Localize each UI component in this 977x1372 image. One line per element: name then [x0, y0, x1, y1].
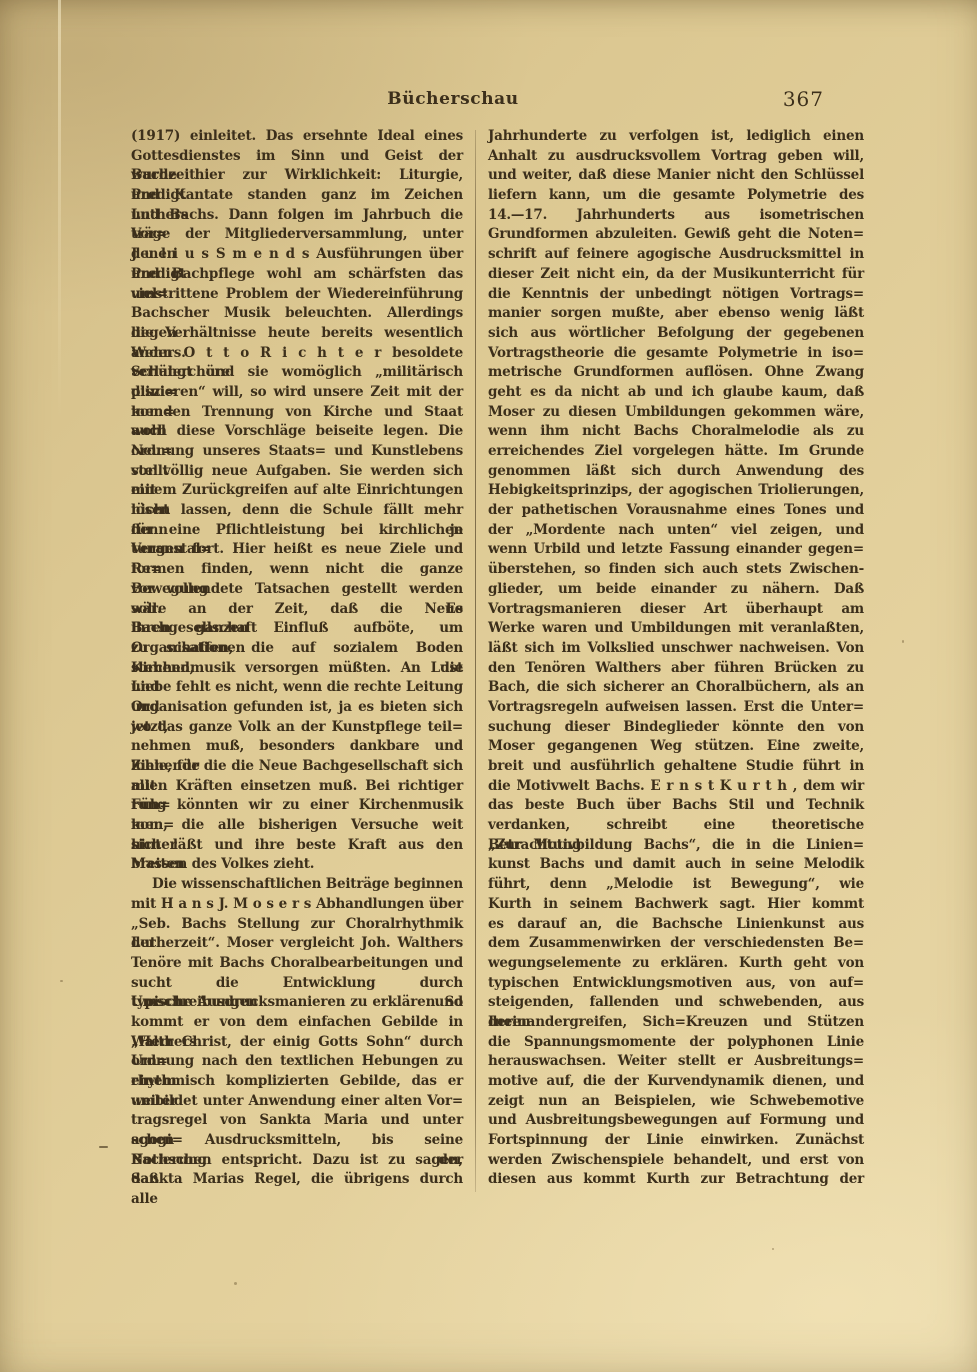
- text-line: verdanken, schreibt eine theoretische Be…: [488, 816, 864, 836]
- text-line: die Verhältnisse heute bereits wesentlic…: [131, 324, 463, 344]
- paper-speck: [234, 1282, 237, 1285]
- text-line: der pathetischen Vorausnahme eines Tones…: [488, 501, 864, 521]
- text-line: den Tenören Walthers aber führen Brücken…: [488, 659, 864, 679]
- text-line: J u l i u s S m e n d s Ausführungen übe…: [131, 245, 463, 265]
- text-line: Organisation gefunden ist, ja es bieten …: [131, 698, 463, 718]
- text-line: zeigt nun an Beispielen, wie Schwebemoti…: [488, 1092, 864, 1112]
- text-line: erreichendes Ziel vorgelegen hätte. Im G…: [488, 442, 864, 462]
- text-line: Wenn O t t o R i c h t e r besoldete Sch…: [131, 344, 463, 364]
- text-line: Moser gegangenen Weg stützen. Eine zweit…: [488, 737, 864, 757]
- text-line: die Kenntnis der unbedingt nötigen Vortr…: [488, 285, 864, 305]
- text-line: glieder, um beide einander zu nähern. Da…: [488, 580, 864, 600]
- text-line: dieser Zeit nicht ein, da der Musikunter…: [488, 265, 864, 285]
- text-line: breit und ausführlich gehaltene Studie f…: [488, 757, 864, 777]
- text-line: überstehen, so finden sich auch stets Zw…: [488, 560, 864, 580]
- text-line: typische Ausdrucksmanieren zu erklären. …: [131, 993, 463, 1013]
- text-line: mit H a n s J. M o s e r s Abhandlungen …: [131, 895, 463, 915]
- text-line: auch diese Vorschläge beiseite legen. Di…: [131, 422, 463, 442]
- text-line: Massen des Volkes zieht.: [131, 855, 463, 875]
- text-line: tungen fort. Hier heißt es neue Ziele un…: [131, 540, 463, 560]
- page-header: Bücherschau 367: [120, 89, 866, 113]
- text-line: Grundformen abzuleiten. Gewiß geht die N…: [488, 225, 864, 245]
- text-line: einem Zurückgreifen auf alte Einrichtung…: [131, 481, 463, 501]
- text-line: nehmen muß, besonders dankbare und lohne…: [131, 737, 463, 757]
- text-line: Bach, die sich sicherer an Choralbüchern…: [488, 678, 864, 698]
- text-line: „Herr Christ, der einig Gotts Sohn“ durc…: [131, 1033, 463, 1053]
- column-divider-rule: [475, 130, 476, 1192]
- text-line: schen Ausdrucksmitteln, bis seine Notier…: [131, 1131, 463, 1151]
- page-number: 367: [783, 87, 824, 111]
- text-line: und Bachpflege wohl am schärfsten das vi…: [131, 265, 463, 285]
- text-line: träge der Mitgliederversammlung, unter d…: [131, 225, 463, 245]
- text-line: und Kantate standen ganz im Zeichen Luth…: [131, 186, 463, 206]
- text-line: „Zur Motivbildung Bachs“, die in die Lin…: [488, 836, 864, 856]
- text-line: Bachscher Musik beleuchten. Allerdings l…: [131, 304, 463, 324]
- text-line: umstrittene Problem der Wiedereinführung: [131, 285, 463, 305]
- text-line: Sankta Marias Regel, die übrigens durch …: [131, 1170, 463, 1190]
- text-line: formen finden, wenn nicht die ganze Bewe…: [131, 560, 463, 580]
- text-line: (1917) einleitet. Das ersehnte Ideal ein…: [131, 127, 463, 147]
- text-line: steigenden, fallenden und schwebenden, a…: [488, 993, 864, 1013]
- text-line: wo das ganze Volk an der Kunstpflege tei…: [131, 718, 463, 738]
- text-line: wenn Urbild und letzte Fassung einander …: [488, 540, 864, 560]
- text-line: lösen lassen, denn die Schule fällt mehr…: [131, 501, 463, 521]
- text-line: ihren ganzen Einfluß aufböte, um Organis…: [131, 619, 463, 639]
- text-line: wegungselemente zu erklären. Kurth geht …: [488, 954, 864, 974]
- text-line: Ziele, für die die Neue Bachgesellschaft…: [131, 757, 463, 777]
- text-line: und Bachs. Dann folgen im Jahrbuch die V…: [131, 206, 463, 226]
- text-line: vor völlig neue Aufgaben. Sie werden sic…: [131, 462, 463, 482]
- text-line: Lutherzeit“. Moser vergleicht Joh. Walth…: [131, 934, 463, 954]
- text-line: führt, denn „Melodie ist Bewegung“, wie: [488, 875, 864, 895]
- text-line: verlangt und sie womöglich „militärisch …: [131, 363, 463, 383]
- text-column-left: (1917) einleitet. Das ersehnte Ideal ein…: [131, 127, 463, 1190]
- text-line: herauswachsen. Weiter stellt er Ausbreit…: [488, 1052, 864, 1072]
- text-line: Fortspinnung der Linie einwirken. Zunäch…: [488, 1131, 864, 1151]
- text-line: allen Kräften einsetzen muß. Bei richtig…: [131, 777, 463, 797]
- text-line: Tenöre mit Bachs Choralbearbeitungen und: [131, 954, 463, 974]
- text-line: für eine Pflichtleistung bei kirchlichen…: [131, 521, 463, 541]
- text-column-right: Jahrhunderte zu verfolgen ist, lediglich…: [488, 127, 864, 1190]
- text-line: Liebe fehlt es nicht, wenn die rechte Le…: [131, 678, 463, 698]
- margin-mark: [99, 1146, 108, 1148]
- text-line: motive auf, die der Kurvendynamik dienen…: [488, 1072, 864, 1092]
- text-line: Werke waren und Umbildungen mit veranlaß…: [488, 619, 864, 639]
- scanned-book-page: Bücherschau 367 (1917) einleitet. Das er…: [0, 0, 977, 1372]
- text-line: die Spannungsmomente der polyphonen Lini…: [488, 1033, 864, 1053]
- text-line: sucht die Entwicklung durch Umschreibung…: [131, 974, 463, 994]
- text-line: „Seb. Bachs Stellung zur Choralrhythmik …: [131, 915, 463, 935]
- paper-crease: [58, 0, 61, 420]
- text-line: läßt sich im Volkslied unschwer nachweis…: [488, 639, 864, 659]
- paper-speck: [772, 1248, 774, 1250]
- text-line: Gottesdienstes im Sinn und Geist der Bac…: [131, 147, 463, 167]
- running-title: Bücherschau: [120, 89, 786, 109]
- text-line: Die wissenschaftlichen Beiträge beginnen: [131, 875, 463, 895]
- text-line: Vortragsmanieren dieser Art überhaupt am: [488, 600, 864, 620]
- text-line: kunst Bachs und damit auch in seine Melo…: [488, 855, 864, 875]
- text-line: werden Zwischenspiele behandelt, und ers…: [488, 1151, 864, 1171]
- text-line: geht es da nicht ab und ich glaube kaum,…: [488, 383, 864, 403]
- text-line: vor vollendete Tatsachen gestellt werden…: [131, 580, 463, 600]
- text-line: das beste Buch über Bachs Stil und Techn…: [488, 796, 864, 816]
- text-line: wäre an der Zeit, daß die Neue Bachgesel…: [131, 600, 463, 620]
- text-line: Jahrhunderte zu verfolgen ist, lediglich…: [488, 127, 864, 147]
- text-line: kommt er von dem einfachen Gebilde in Wa…: [131, 1013, 463, 1033]
- text-line: Vortragstheorie die gesamte Polymetrie i…: [488, 344, 864, 364]
- text-line: die Motivwelt Bachs. E r n s t K u r t h…: [488, 777, 864, 797]
- text-line: liefern kann, um die gesamte Polymetrie …: [488, 186, 864, 206]
- text-line: tragsregel von Sankta Maria und unter ag…: [131, 1111, 463, 1131]
- text-line: Bachschen entspricht. Dazu ist zu sagen,…: [131, 1151, 463, 1171]
- text-line: Kurth in seinem Bachwerk sagt. Hier komm…: [488, 895, 864, 915]
- text-line: Anhalt zu ausdrucksvollem Vortrag geben …: [488, 147, 864, 167]
- text-line: Vortragsregeln aufweisen lassen. Erst di…: [488, 698, 864, 718]
- text-line: sich aus wörtlicher Befolgung der gegebe…: [488, 324, 864, 344]
- text-line: Kirchenmusik versorgen müßten. An Lust u…: [131, 659, 463, 679]
- text-line: ordnung nach den textlichen Hebungen zu …: [131, 1052, 463, 1072]
- text-line: Moser zu diesen Umbildungen gekommen wär…: [488, 403, 864, 423]
- text-line: diesen aus kommt Kurth zur Betrachtung d…: [488, 1170, 864, 1190]
- paper-speck: [902, 640, 904, 643]
- text-line: men, die alle bisherigen Versuche weit h…: [131, 816, 463, 836]
- text-line: dem Zusammenwirken der verschiedensten B…: [488, 934, 864, 954]
- text-line: Hebigkeitsprinzips, der agogischen Triol…: [488, 481, 864, 501]
- text-line: rung könnten wir zu einer Kirchenmusik k…: [131, 796, 463, 816]
- text-line: schrift auf feinere agogische Ausdrucksm…: [488, 245, 864, 265]
- text-line: Ineinandergreifen, Sich=Kreuzen und Stüt…: [488, 1013, 864, 1033]
- paper-speck: [60, 980, 63, 982]
- text-line: typischen Entwicklungsmotiven aus, von a…: [488, 974, 864, 994]
- text-line: menden Trennung von Kirche und Staat woh…: [131, 403, 463, 423]
- text-line: umbildet unter Anwendung einer alten Vor…: [131, 1092, 463, 1112]
- text-line: wurde hier zur Wirklichkeit: Liturgie, P…: [131, 166, 463, 186]
- text-line: und weiter, daß diese Manier nicht den S…: [488, 166, 864, 186]
- text-line: und Ausbreitungsbewegungen auf Formung u…: [488, 1111, 864, 1131]
- text-line: es darauf an, die Bachsche Linienkunst a…: [488, 915, 864, 935]
- text-line: metrische Grundformen auflösen. Ohne Zwa…: [488, 363, 864, 383]
- text-line: 14.—17. Jahrhunderts aus isometrischen: [488, 206, 864, 226]
- text-line: manier sorgen mußte, aber ebenso wenig l…: [488, 304, 864, 324]
- text-line: suchung dieser Bindeglieder könnte den v…: [488, 718, 864, 738]
- text-line: ordnung unseres Staats= und Kunstlebens …: [131, 442, 463, 462]
- text-line: zu schaffen, die auf sozialem Boden steh…: [131, 639, 463, 659]
- text-line: plinieren“ will, so wird unsere Zeit mit…: [131, 383, 463, 403]
- text-line: sich läßt und ihre beste Kraft aus den b…: [131, 836, 463, 856]
- text-line: der „Mordente nach unten“ viel zeigen, u…: [488, 521, 864, 541]
- text-line: genommen läßt sich durch Anwendung des: [488, 462, 864, 482]
- text-line: wenn ihm nicht Bachs Choralmelodie als z…: [488, 422, 864, 442]
- text-line: rhythmisch komplizierten Gebilde, das er…: [131, 1072, 463, 1092]
